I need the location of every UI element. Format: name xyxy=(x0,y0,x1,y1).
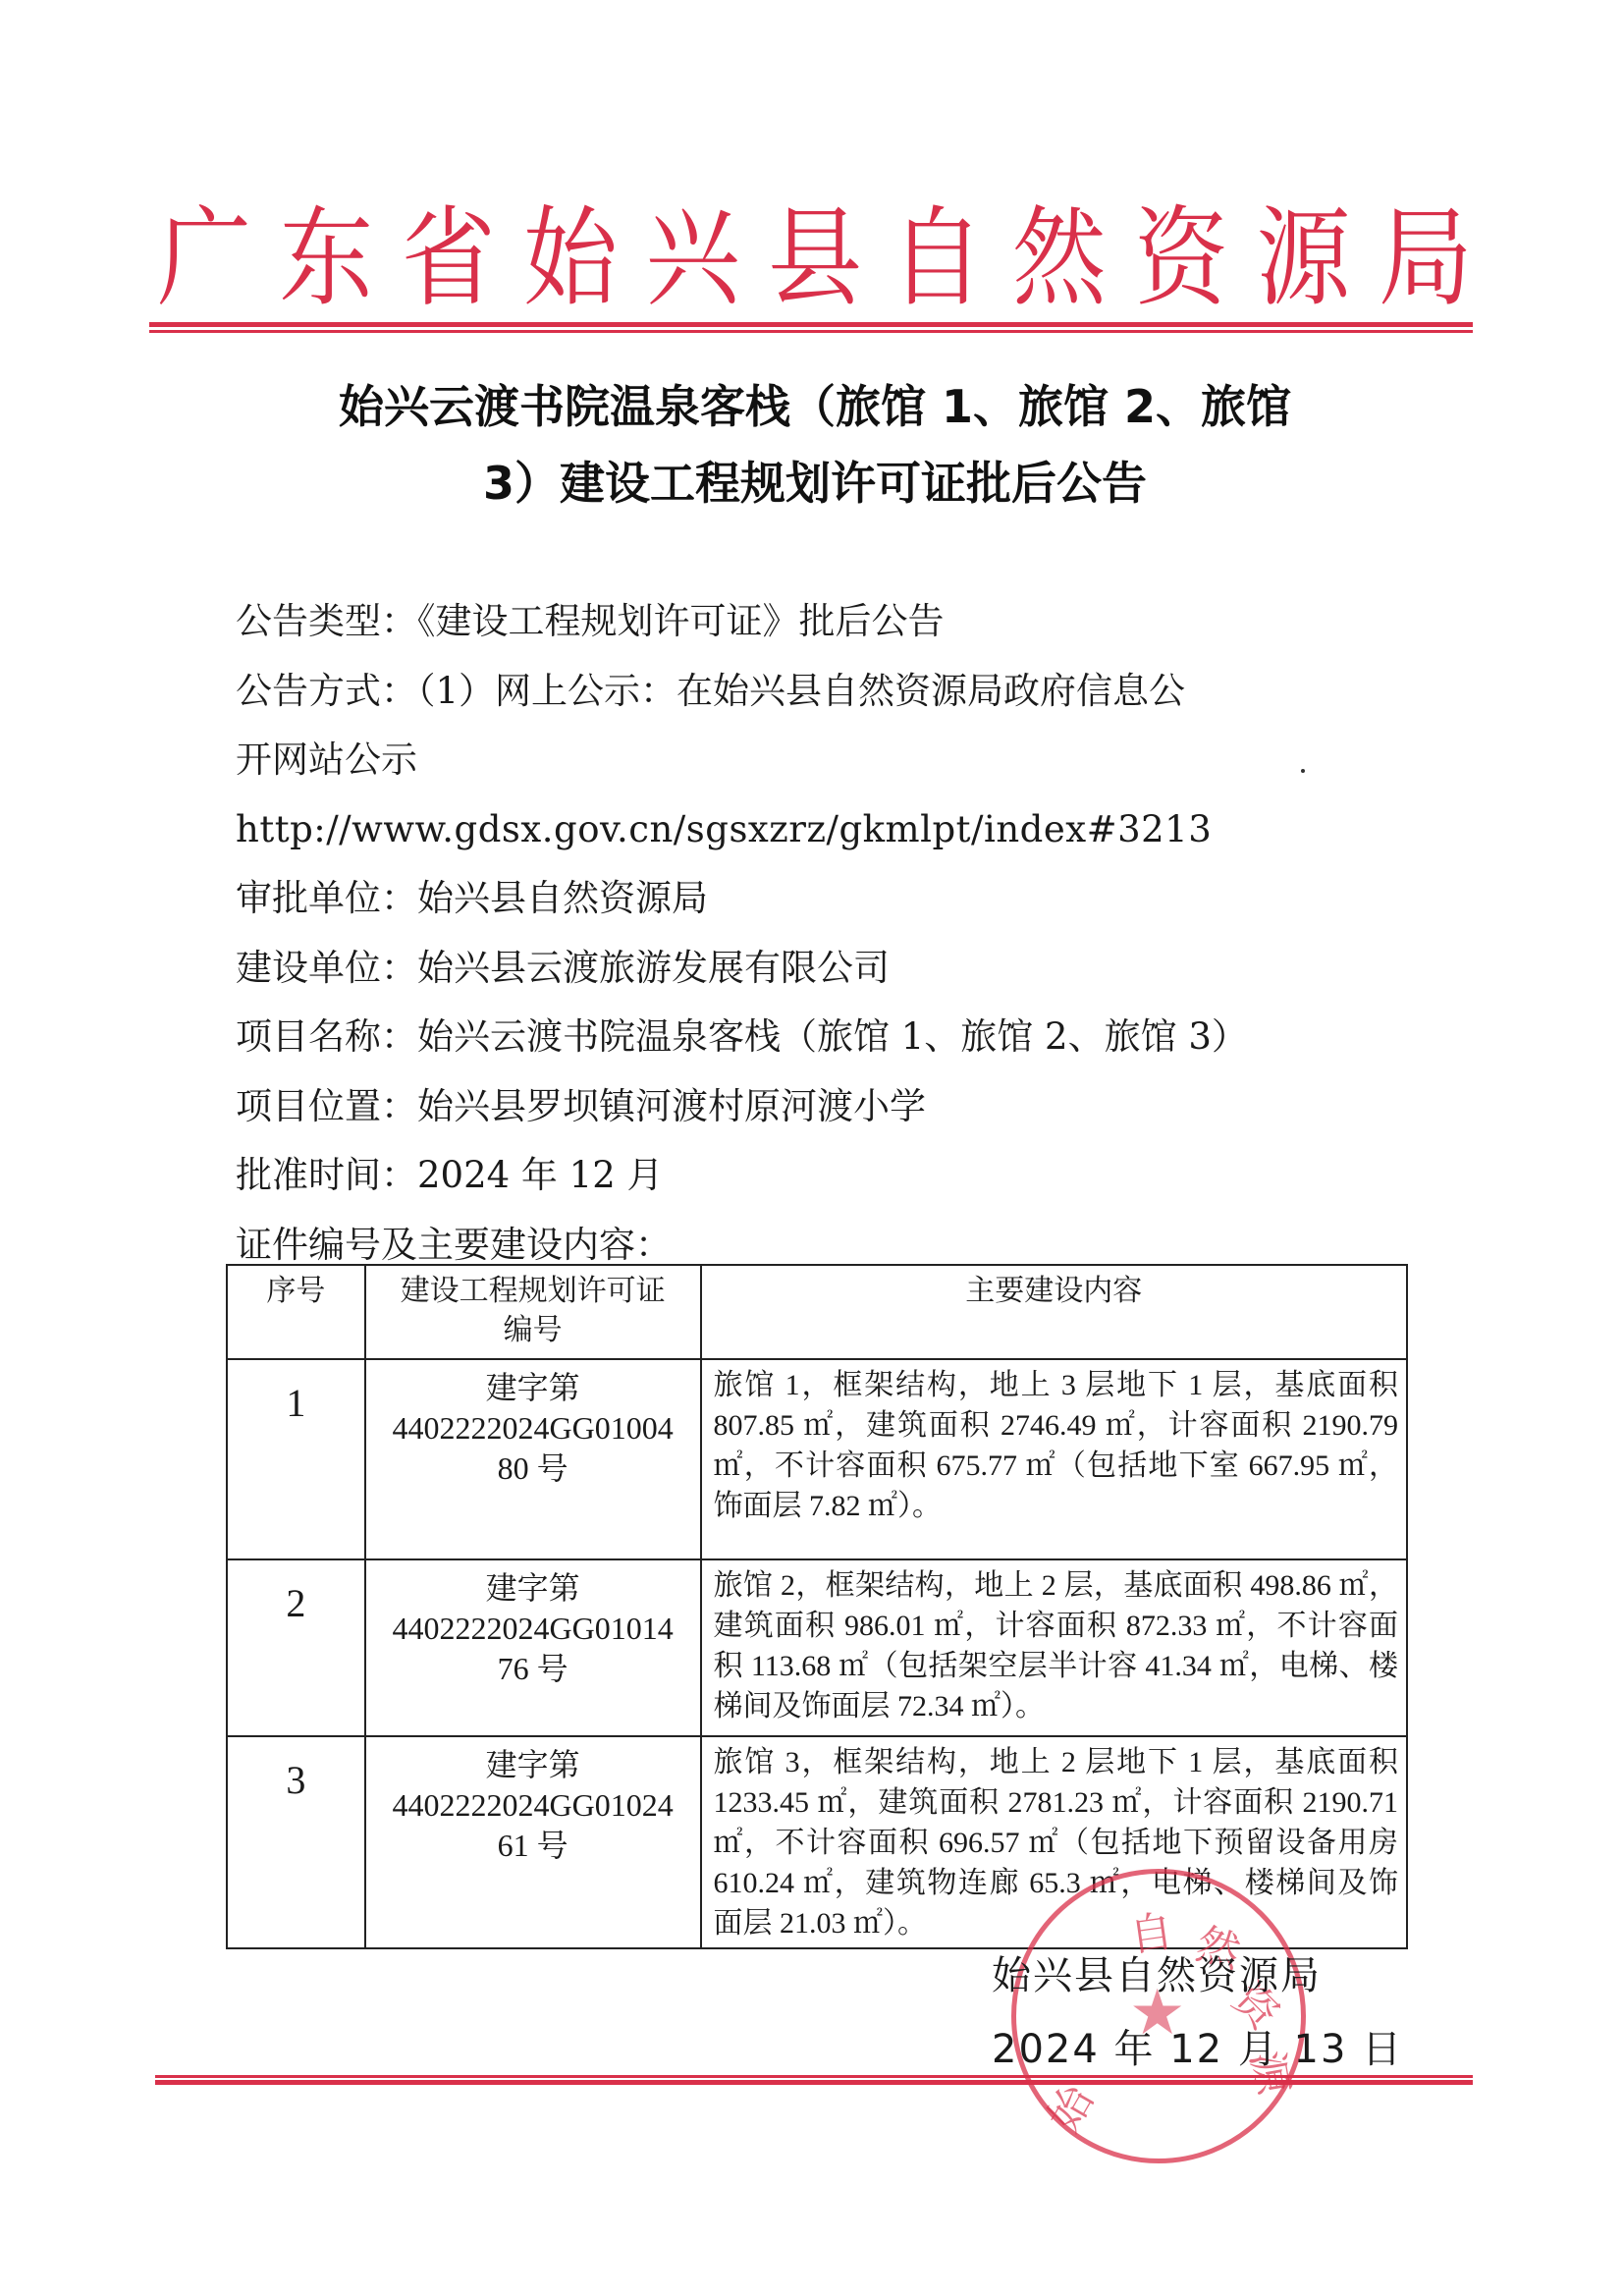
header-seq: 序号 xyxy=(227,1265,365,1359)
permit-prefix: 建字第 xyxy=(366,1368,700,1408)
announcement-method: 公告方式：（1）网上公示：在始兴县自然资源局政府信息公 xyxy=(236,657,1414,727)
permit-prefix: 建字第 xyxy=(366,1745,700,1785)
header-permit-no-line-2: 编号 xyxy=(366,1311,700,1350)
masthead-char: 局 xyxy=(1379,203,1473,311)
announcement-type: 公告类型：《建设工程规划许可证》批后公告 xyxy=(236,587,1414,657)
permit-table: 序号 建设工程规划许可证 编号 主要建设内容 1 建字第 4402222024G… xyxy=(226,1264,1408,1949)
header-permit-no: 建设工程规划许可证 编号 xyxy=(365,1265,701,1359)
document-title-line-2: 3）建设工程规划许可证批后公告 xyxy=(157,445,1473,521)
scan-speck xyxy=(1301,769,1305,773)
table-row: 1 建字第 4402222024GG01004 80 号 旅馆 1，框架结构，地… xyxy=(227,1359,1407,1559)
permit-suffix: 76 号 xyxy=(366,1649,700,1689)
signature-block: 始兴县自然资源局 2024 年 12 月 13 日 xyxy=(992,1940,1403,2087)
table-row: 2 建字第 4402222024GG01014 76 号 旅馆 2，框架结构，地… xyxy=(227,1559,1407,1736)
masthead-char: 资 xyxy=(1134,203,1228,311)
table-header-row: 序号 建设工程规划许可证 编号 主要建设内容 xyxy=(227,1265,1407,1359)
document-title: 始兴云渡书院温泉客栈（旅馆 1、旅馆 2、旅馆 3）建设工程规划许可证批后公告 xyxy=(157,368,1473,521)
announcement-info: 公告类型：《建设工程规划许可证》批后公告 公告方式：（1）网上公示：在始兴县自然… xyxy=(236,587,1414,1280)
permit-prefix: 建字第 xyxy=(366,1568,700,1609)
permit-suffix: 61 号 xyxy=(366,1826,700,1866)
row-seq: 2 xyxy=(227,1559,365,1736)
masthead-title: 广 东 省 始 兴 县 自 然 资 源 局 xyxy=(157,201,1473,314)
masthead-char: 源 xyxy=(1257,203,1351,311)
masthead-char: 县 xyxy=(768,203,862,311)
approval-unit: 审批单位：始兴县自然资源局 xyxy=(236,864,1414,934)
issue-date: 2024 年 12 月 13 日 xyxy=(992,2013,1403,2087)
approval-time: 批准时间：2024 年 12 月 xyxy=(236,1141,1414,1211)
row-seq: 3 xyxy=(227,1736,365,1948)
masthead-char: 广 xyxy=(157,203,251,311)
issuer-name: 始兴县自然资源局 xyxy=(992,1940,1403,2013)
row-content: 旅馆 1，框架结构，地上 3 层地下 1 层，基底面积 807.85 ㎡，建筑面… xyxy=(701,1359,1407,1559)
row-seq: 1 xyxy=(227,1359,365,1559)
masthead-char: 始 xyxy=(523,203,618,311)
masthead-char: 自 xyxy=(890,203,984,311)
row-permit-no: 建字第 4402222024GG01014 76 号 xyxy=(365,1559,701,1736)
permit-code: 4402222024GG01014 xyxy=(366,1609,700,1649)
masthead-char: 东 xyxy=(279,203,373,311)
row-content: 旅馆 2，框架结构，地上 2 层，基底面积 498.86 ㎡，建筑面积 986.… xyxy=(701,1559,1407,1736)
document-title-line-1: 始兴云渡书院温泉客栈（旅馆 1、旅馆 2、旅馆 xyxy=(157,368,1473,445)
project-name: 项目名称：始兴云渡书院温泉客栈（旅馆 1、旅馆 2、旅馆 3） xyxy=(236,1003,1414,1072)
document-page: 广 东 省 始 兴 县 自 然 资 源 局 始兴云渡书院温泉客栈（旅馆 1、旅馆… xyxy=(0,0,1623,2296)
masthead-char: 然 xyxy=(1012,203,1107,311)
masthead-divider-thick xyxy=(149,322,1473,327)
project-location: 项目位置：始兴县罗坝镇河渡村原河渡小学 xyxy=(236,1072,1414,1142)
masthead-char: 省 xyxy=(402,203,496,311)
permit-suffix: 80 号 xyxy=(366,1449,700,1489)
masthead-divider-thin xyxy=(149,330,1473,333)
announcement-method-cont: 开网站公示 xyxy=(236,726,1414,795)
header-permit-no-line-1: 建设工程规划许可证 xyxy=(366,1272,700,1311)
construction-unit: 建设单位：始兴县云渡旅游发展有限公司 xyxy=(236,934,1414,1004)
row-permit-no: 建字第 4402222024GG01004 80 号 xyxy=(365,1359,701,1559)
announcement-url[interactable]: http://www.gdsx.gov.cn/sgsxzrz/gkmlpt/in… xyxy=(236,795,1414,865)
permit-code: 4402222024GG01024 xyxy=(366,1785,700,1826)
row-permit-no: 建字第 4402222024GG01024 61 号 xyxy=(365,1736,701,1948)
masthead-char: 兴 xyxy=(646,203,740,311)
header-content: 主要建设内容 xyxy=(701,1265,1407,1359)
permit-code: 4402222024GG01004 xyxy=(366,1408,700,1449)
